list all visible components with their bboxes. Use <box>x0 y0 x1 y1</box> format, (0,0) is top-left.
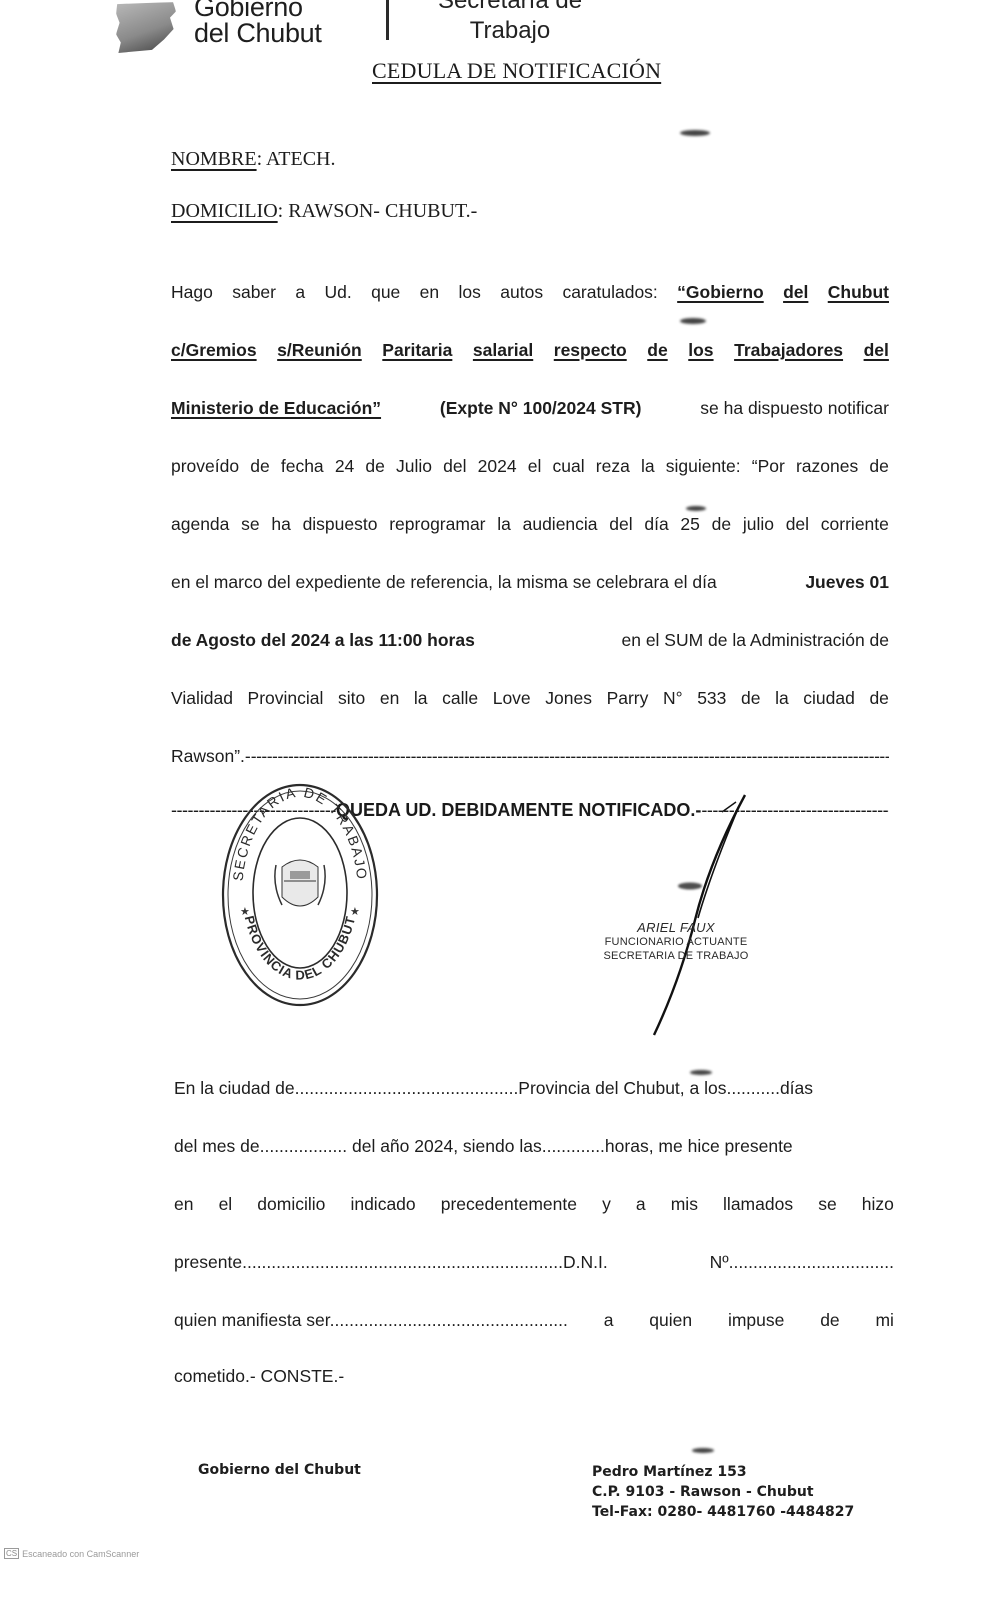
secretaria-line-2: Trabajo <box>410 16 610 46</box>
diligence-line-5: quien manifiesta ser....................… <box>174 1310 894 1331</box>
ink-smudge <box>686 506 706 511</box>
word: fecha <box>281 456 324 477</box>
word: reprogramar <box>389 514 485 535</box>
svg-text:PROVINCIA DEL CHUBUT: PROVINCIA DEL CHUBUT <box>242 914 358 983</box>
word: día <box>644 514 668 535</box>
word: 533 <box>697 688 726 709</box>
hearing-date-time: de Agosto del 2024 a las 11:00 horas <box>171 630 475 651</box>
body-line-9: Rawson”.- ------------------------------… <box>171 746 889 767</box>
handwritten-signature <box>640 790 750 1040</box>
word: agenda <box>171 514 229 535</box>
diligence-text: Nº.................................. <box>710 1252 894 1273</box>
word: de <box>741 688 760 709</box>
case-caption-end: Ministerio de Educación” <box>171 398 381 419</box>
diligence-text: presente................................… <box>174 1252 608 1273</box>
diligence-line-2: del mes de.................. del año 202… <box>174 1136 894 1157</box>
word: c/Gremios <box>171 340 257 361</box>
word: autos <box>500 282 543 303</box>
body-text: Rawson”.- <box>171 746 251 767</box>
body-text: se ha dispuesto notificar <box>700 398 889 419</box>
word: Ud. <box>324 282 351 303</box>
conste-text: cometido.- CONSTE.- <box>174 1366 344 1387</box>
word: impuse <box>728 1310 784 1331</box>
word: Provincial <box>248 688 324 709</box>
nombre-label: NOMBRE <box>171 148 257 170</box>
word: llamados <box>723 1194 793 1215</box>
word: la <box>641 456 655 477</box>
word: de <box>365 456 384 477</box>
diligence-text: del mes de.................. del año 202… <box>174 1136 793 1157</box>
word: salarial <box>473 340 533 361</box>
footer-street: Pedro Martínez 153 <box>592 1462 854 1482</box>
word: los <box>459 282 481 303</box>
recipient-address: DOMICILIO: RAWSON- CHUBUT.- <box>171 200 477 223</box>
word: Trabajadores <box>734 340 843 361</box>
ink-smudge <box>692 1448 714 1453</box>
word: en <box>174 1194 193 1215</box>
word: s/Reunión <box>277 340 362 361</box>
star-icon: ★ <box>240 906 250 918</box>
signatory-office: SECRETARIA DE TRABAJO <box>596 949 756 963</box>
word: razones <box>796 456 858 477</box>
word: a <box>604 1310 614 1331</box>
body-line-8: VialidadProvincialsitoenlacalleLoveJones… <box>171 688 889 709</box>
recipient-name: NOMBRE: ATECH. <box>171 148 335 171</box>
ink-smudge <box>680 130 710 136</box>
word: saber <box>232 282 276 303</box>
word: de <box>647 340 667 361</box>
diligence-line-3: eneldomicilioindicadoprecedentementeyami… <box>174 1194 894 1215</box>
camscanner-watermark: CS Escaneado con CamScanner <box>4 1548 139 1559</box>
body-line-3: Ministerio de Educación” (Expte N° 100/2… <box>171 398 889 419</box>
word: “Gobierno <box>677 282 764 303</box>
word: domicilio <box>257 1194 325 1215</box>
word: Love <box>493 688 531 709</box>
word: Julio <box>396 456 432 477</box>
word: corriente <box>821 514 889 535</box>
secretaria-line-1: Secretaría de <box>410 0 610 16</box>
body-text: en el SUM de la Administración de <box>622 630 890 651</box>
word: la <box>775 688 789 709</box>
word: de <box>869 456 888 477</box>
word: Parry <box>607 688 649 709</box>
word: reza <box>596 456 630 477</box>
domicilio-label: DOMICILIO <box>171 200 278 222</box>
word: los <box>688 340 713 361</box>
word: la <box>497 514 511 535</box>
camscanner-text: Escaneado con CamScanner <box>22 1549 139 1559</box>
body-line-1: HagosaberaUd.queenlosautoscaratulados:“G… <box>171 282 889 303</box>
camscanner-logo-icon: CS <box>4 1548 19 1559</box>
word: mis <box>671 1194 698 1215</box>
word: Chubut <box>828 282 889 303</box>
word: del <box>443 456 466 477</box>
body-text: en el marco del expediente de referencia… <box>171 572 717 593</box>
diligence-text: En la ciudad de.........................… <box>174 1078 813 1099</box>
word: 24 <box>335 456 354 477</box>
government-logo-text: Gobierno del Chubut <box>194 0 322 46</box>
word: proveído <box>171 456 239 477</box>
logo-line-1: Gobierno <box>194 0 322 20</box>
word: cual <box>553 456 585 477</box>
word: calle <box>442 688 478 709</box>
word: de <box>250 456 269 477</box>
footer-phone: Tel-Fax: 0280- 4481760 -4484827 <box>592 1502 854 1522</box>
diligence-line-1: En la ciudad de.........................… <box>174 1078 894 1099</box>
word: siguiente: <box>666 456 741 477</box>
chubut-map-logo-icon <box>116 2 176 54</box>
footer-organization: Gobierno del Chubut <box>198 1460 361 1480</box>
body-line-6: en el marco del expediente de referencia… <box>171 572 889 593</box>
word: Jones <box>545 688 592 709</box>
word: julio <box>743 514 774 535</box>
hearing-date-start: Jueves 01 <box>805 572 889 593</box>
word: indicado <box>350 1194 415 1215</box>
word: dispuesto <box>303 514 378 535</box>
word: 2024 <box>478 456 517 477</box>
word: se <box>818 1194 836 1215</box>
word: a <box>636 1194 646 1215</box>
coat-of-arms-icon <box>275 860 325 906</box>
secretaria-heading: Secretaría de Trabajo <box>410 0 610 46</box>
word: el <box>219 1194 233 1215</box>
word: respecto <box>554 340 627 361</box>
word: la <box>414 688 428 709</box>
word: sito <box>338 688 365 709</box>
body-line-7: de Agosto del 2024 a las 11:00 horas en … <box>171 630 889 651</box>
word: hizo <box>862 1194 894 1215</box>
word: “Por <box>752 456 785 477</box>
header-divider <box>386 0 389 40</box>
footer-postal: C.P. 9103 - Rawson - Chubut <box>592 1482 854 1502</box>
word: quien <box>649 1310 692 1331</box>
word: mi <box>875 1310 893 1331</box>
body-line-4: proveídodefecha24deJuliodel2024elcualrez… <box>171 456 889 477</box>
domicilio-value: : RAWSON- CHUBUT.- <box>278 200 478 222</box>
footer-address: Pedro Martínez 153 C.P. 9103 - Rawson - … <box>592 1462 854 1522</box>
official-seal-stamp: SECRETARIA DE TRABAJO PROVINCIA DEL CHUB… <box>220 775 380 1010</box>
word: ha <box>271 514 290 535</box>
ink-smudge <box>690 1070 712 1075</box>
diligence-line-4: presente................................… <box>174 1252 894 1273</box>
word: precedentemente <box>441 1194 577 1215</box>
dash-filler: ----------------------------------------… <box>251 746 889 767</box>
word: a <box>295 282 305 303</box>
word: Vialidad <box>171 688 233 709</box>
word: del <box>609 514 632 535</box>
word: Hago <box>171 282 213 303</box>
signatory-role: FUNCIONARIO ACTUANTE <box>596 935 756 949</box>
body-line-5: agendasehadispuestoreprogramarlaaudienci… <box>171 514 889 535</box>
word: de <box>820 1310 839 1331</box>
word: del <box>786 514 809 535</box>
word: ciudad <box>803 688 855 709</box>
diligence-line-6: cometido.- CONSTE.- <box>174 1366 892 1387</box>
word: del <box>864 340 889 361</box>
word: 25 <box>680 514 699 535</box>
word: audiencia <box>523 514 598 535</box>
diligence-text: quien manifiesta ser....................… <box>174 1310 568 1331</box>
ink-smudge <box>680 318 706 324</box>
signatory-name: ARIEL FAUX <box>596 920 756 935</box>
word: Paritaria <box>382 340 452 361</box>
word: que <box>371 282 400 303</box>
document-title: CEDULA DE NOTIFICACIÓN <box>372 58 661 84</box>
word: caratulados: <box>562 282 657 303</box>
word: en <box>420 282 439 303</box>
word: de <box>869 688 888 709</box>
nombre-value: : ATECH. <box>257 148 336 170</box>
body-line-2: c/Gremioss/ReuniónParitariasalarialrespe… <box>171 340 889 361</box>
word: se <box>241 514 259 535</box>
case-number: (Expte N° 100/2024 STR) <box>440 398 642 419</box>
word: del <box>783 282 808 303</box>
logo-line-2: del Chubut <box>194 20 322 46</box>
word: y <box>602 1194 611 1215</box>
word: N° <box>663 688 683 709</box>
word: de <box>712 514 731 535</box>
star-icon: ★ <box>350 906 360 918</box>
word: el <box>528 456 542 477</box>
signatory-block: ARIEL FAUX FUNCIONARIO ACTUANTE SECRETAR… <box>596 920 756 963</box>
word: en <box>380 688 399 709</box>
